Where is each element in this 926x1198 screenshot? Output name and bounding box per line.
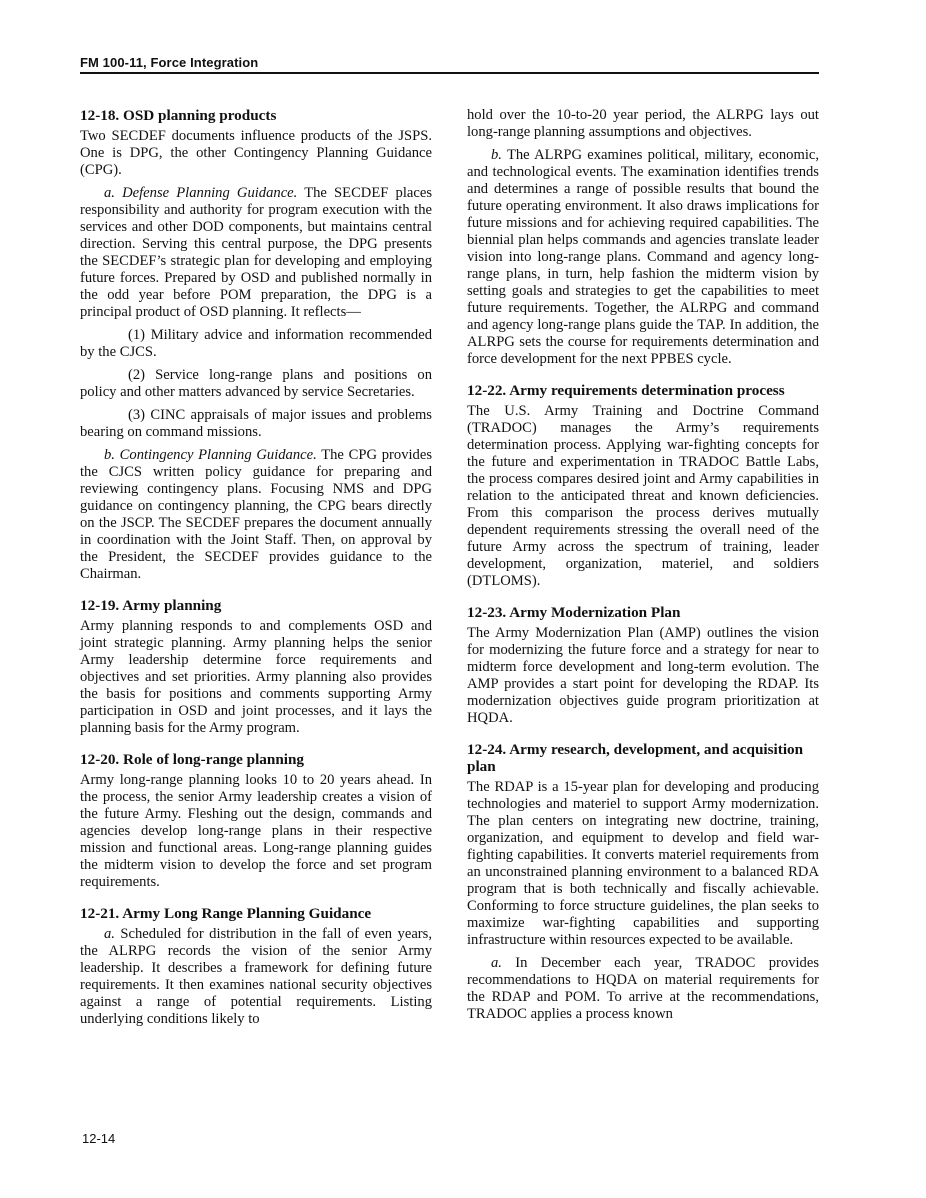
paragraph-continued: hold over the 10-to-20 year period, the … — [467, 107, 819, 141]
paragraph-a: a. Defense Planning Guidance. The SECDEF… — [80, 185, 432, 321]
section-heading: 12-24. Army research, development, and a… — [467, 741, 819, 775]
paragraph: The RDAP is a 15-year plan for developin… — [467, 779, 819, 949]
paragraph-b: b. Contingency Planning Guidance. The CP… — [80, 447, 432, 583]
section-heading: 12-23. Army Modernization Plan — [467, 604, 819, 621]
section-heading: 12-22. Army requirements determination p… — [467, 382, 819, 399]
subsection-label: a. — [491, 955, 502, 971]
subsection-label: a. — [104, 926, 115, 942]
section-12-18: 12-18. OSD planning products Two SECDEF … — [80, 107, 432, 583]
paragraph-text: The ALRPG examines political, military, … — [467, 147, 819, 367]
paragraph: The Army Modernization Plan (AMP) outlin… — [467, 625, 819, 727]
list-item-2: (2) Service long-range plans and positio… — [80, 367, 432, 401]
subsection-label: b. Contingency Planning Guidance. — [104, 447, 317, 463]
paragraph: Army long-range planning looks 10 to 20 … — [80, 772, 432, 891]
section-heading: 12-20. Role of long-range planning — [80, 751, 432, 768]
section-12-21-continued: hold over the 10-to-20 year period, the … — [467, 107, 819, 368]
subsection-label: a. Defense Planning Guidance. — [104, 185, 297, 201]
running-header-title: FM 100-11, Force Integration — [80, 55, 258, 70]
section-12-21: 12-21. Army Long Range Planning Guidance… — [80, 905, 432, 1028]
section-heading: 12-18. OSD planning products — [80, 107, 432, 124]
paragraph: Army planning responds to and complement… — [80, 618, 432, 737]
section-heading: 12-19. Army planning — [80, 597, 432, 614]
list-item-1: (1) Military advice and information reco… — [80, 327, 432, 361]
left-column: 12-18. OSD planning products Two SECDEF … — [80, 107, 432, 1042]
paragraph-b: b. The ALRPG examines political, militar… — [467, 147, 819, 368]
paragraph-text: Scheduled for distribution in the fall o… — [80, 926, 432, 1027]
paragraph-a: a. Scheduled for distribution in the fal… — [80, 926, 432, 1028]
page-number: 12-14 — [82, 1131, 115, 1146]
paragraph: The U.S. Army Training and Doctrine Comm… — [467, 403, 819, 590]
paragraph-text: In December each year, TRADOC provides r… — [467, 955, 819, 1022]
section-12-19: 12-19. Army planning Army planning respo… — [80, 597, 432, 737]
paragraph-text: The SECDEF places responsibility and aut… — [80, 185, 432, 320]
section-12-23: 12-23. Army Modernization Plan The Army … — [467, 604, 819, 727]
header-rule — [80, 72, 819, 74]
list-item-3: (3) CINC appraisals of major issues and … — [80, 407, 432, 441]
section-12-24: 12-24. Army research, development, and a… — [467, 741, 819, 1023]
section-12-20: 12-20. Role of long-range planning Army … — [80, 751, 432, 891]
subsection-label: b. — [491, 147, 502, 163]
right-column: hold over the 10-to-20 year period, the … — [467, 107, 819, 1037]
paragraph-a: a. In December each year, TRADOC provide… — [467, 955, 819, 1023]
paragraph-text: The CPG provides the CJCS written policy… — [80, 447, 432, 582]
section-heading: 12-21. Army Long Range Planning Guidance — [80, 905, 432, 922]
section-12-22: 12-22. Army requirements determination p… — [467, 382, 819, 590]
paragraph: Two SECDEF documents influence products … — [80, 128, 432, 179]
